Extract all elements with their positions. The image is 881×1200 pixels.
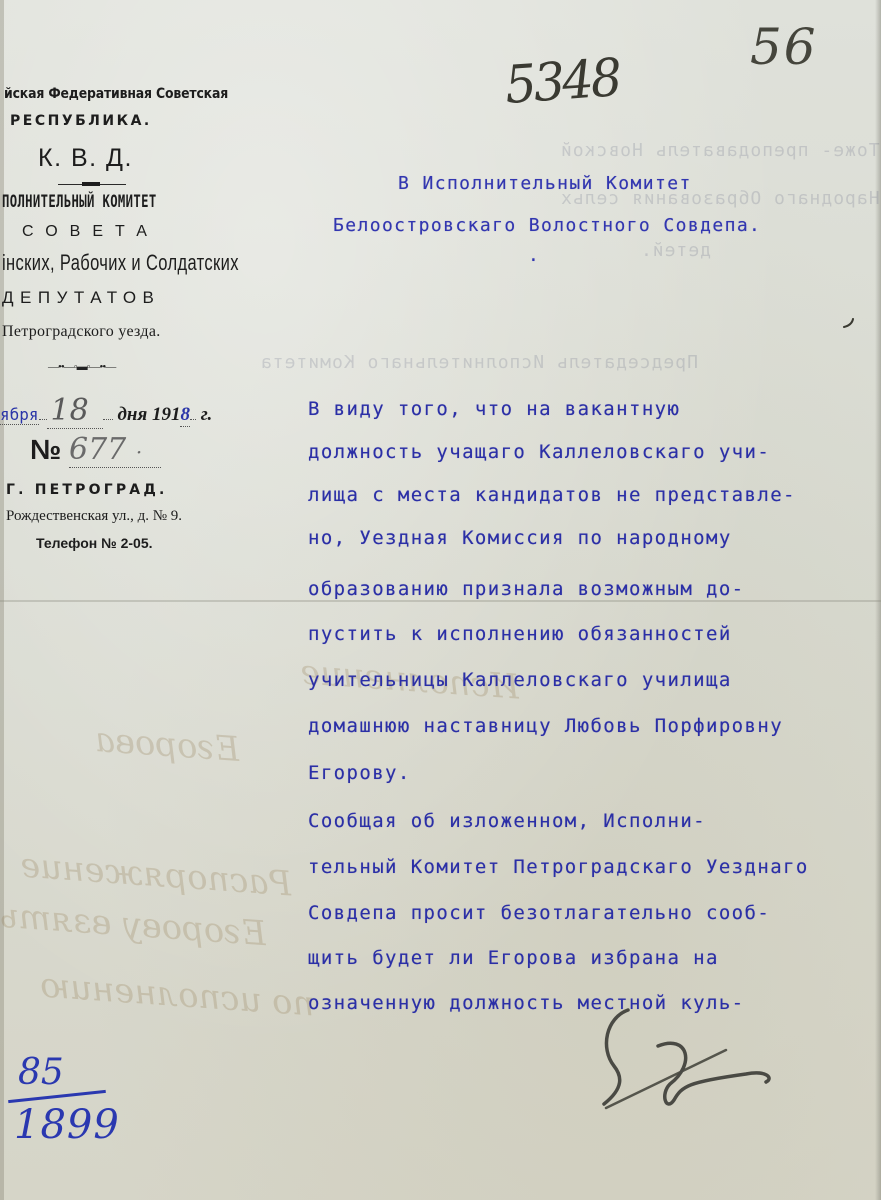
- date-day: 18: [47, 393, 103, 429]
- letterhead-committee: ПОЛНИТЕЛЬНЫЙ КОМИТЕТ: [2, 192, 157, 212]
- date-dotted-fill: [190, 419, 196, 420]
- body-line: лища с места кандидатов не представле-: [308, 484, 796, 506]
- date-day-word: дня: [117, 404, 147, 425]
- body-line: Сообщая об изложенном, Исполни-: [308, 810, 706, 832]
- body-line: Совдепа просит безотлагательно сооб-: [308, 902, 770, 924]
- letterhead-republic-line: йская Федеративная Советская: [4, 86, 228, 102]
- paper-fold-line: [0, 600, 881, 602]
- letterhead-date: ября18 дня 1918 г.: [0, 393, 212, 429]
- archive-fraction: 85 1899: [8, 1052, 120, 1148]
- body-line: но, Уездная Комиссия по народному: [308, 527, 732, 549]
- body-line: тельный Комитет Петроградскаго Уезднаго: [308, 856, 809, 878]
- bleed-through-typed-line: Тоже- преподаватель Новской: [560, 140, 880, 161]
- outgoing-number: 677 ·: [69, 432, 161, 468]
- date-dotted-fill: [39, 419, 47, 420]
- ornament-divider-icon: —••—◦▬◦—••—: [48, 361, 115, 373]
- letterhead-address: Рождественская ул., д. № 9.: [6, 508, 182, 525]
- body-line: домашнюю наставницу Любовь Порфировну: [308, 715, 783, 737]
- fraction-numerator: 85: [8, 1052, 120, 1093]
- pencil-mark-icon: [843, 318, 855, 328]
- date-year-last-digit: 8: [180, 404, 190, 427]
- number-sign: №: [30, 434, 61, 465]
- bleed-through-handwriting: Егорову взять: [0, 896, 268, 955]
- archive-number: 5348: [503, 48, 621, 116]
- letterhead-abbreviation: К. В. Д.: [38, 144, 133, 173]
- fraction-denominator: 1899: [8, 1102, 120, 1148]
- body-line: учительницы Каллеловскаго училища: [308, 669, 732, 691]
- bleed-through-handwriting: Егорова: [94, 720, 241, 770]
- body-line: В виду того, что на вакантную: [308, 398, 680, 420]
- letterhead-phone: Телефон № 2-05.: [36, 535, 153, 551]
- body-line: должность учащаго Каллеловскаго учи-: [308, 441, 770, 463]
- date-month: ября: [0, 405, 39, 425]
- date-dotted-fill: [103, 419, 113, 420]
- addressee-line-1: В Исполнительный Комитет: [398, 173, 692, 194]
- signature-icon: [596, 1008, 786, 1118]
- addressee-line-2: Белоостровскаго Волостного Совдепа.: [333, 215, 761, 236]
- outgoing-number-value: 677: [69, 432, 126, 467]
- date-year-prefix: 191: [152, 404, 181, 425]
- letterhead-divider-accent: [82, 182, 100, 186]
- body-line: щить будет ли Егорова избрана на: [308, 947, 719, 969]
- date-year-suffix: г.: [201, 404, 213, 425]
- letterhead-republic-word: РЕСПУБЛИКА.: [10, 113, 152, 129]
- bleed-through-typed-line: детей.: [640, 240, 711, 261]
- letterhead-number: № 677 ·: [30, 432, 161, 468]
- body-line: образованию признала возможным до-: [308, 578, 745, 600]
- letterhead-city: Г. ПЕТРОГРАД.: [6, 482, 168, 498]
- body-line: пустить к исполнению обязанностей: [308, 623, 732, 645]
- body-line: Егорову.: [308, 762, 411, 784]
- bleed-through-handwriting: по исполнению: [39, 965, 316, 1024]
- addressee-dot: .: [528, 245, 540, 266]
- document-page: Тоже- преподаватель Новской Народнаго Об…: [0, 0, 881, 1200]
- bleed-through-typed-line: Председатель Исполнительнаго Комитета: [260, 352, 698, 373]
- letterhead-deputies: ДЕПУТАТОВ: [2, 288, 160, 308]
- letterhead-soveta: СОВЕТА: [22, 223, 159, 241]
- outgoing-number-dot: ·: [136, 440, 142, 464]
- letterhead-deputies-of: інских, Рабочих и Солдатских: [2, 250, 239, 276]
- folio-number: 56: [750, 18, 818, 76]
- bleed-through-handwriting: Распоряжение: [19, 846, 293, 905]
- letterhead-uezd: Петроградского уезда.: [2, 323, 161, 341]
